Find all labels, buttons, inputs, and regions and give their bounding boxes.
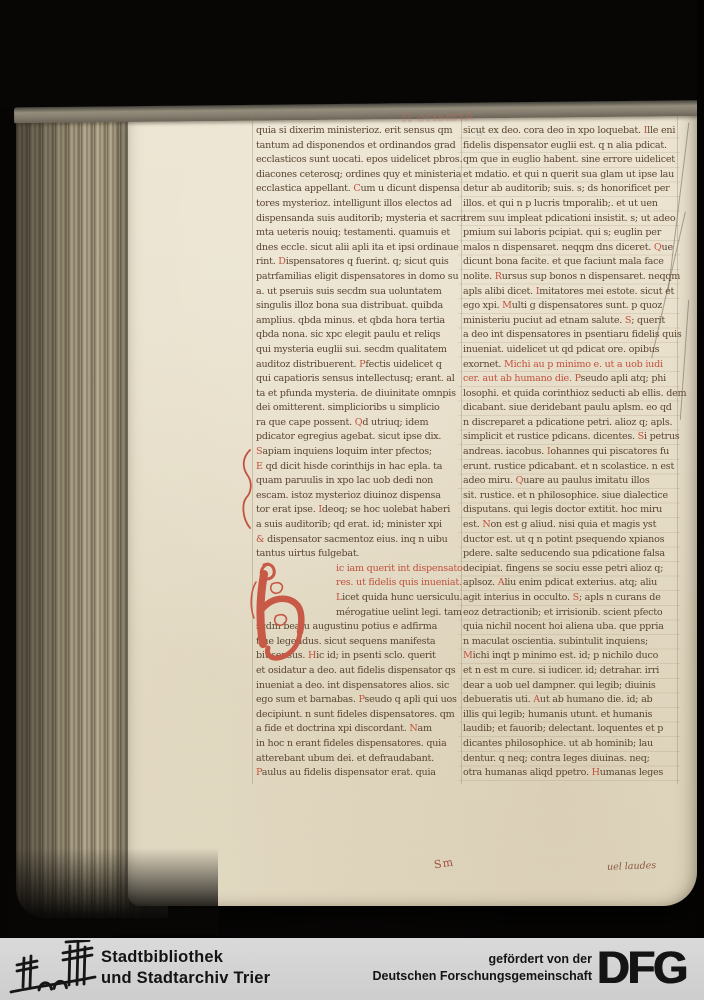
- manuscript-line: Paulus au fidelis dispensator erat. quia: [256, 766, 462, 781]
- manuscript-line: dicabant. siue deridebant paulu aplsm. e…: [463, 401, 675, 416]
- manuscript-line: quia si dixerim ministerioz. erit sensus…: [256, 124, 462, 139]
- manuscript-line: malos n dispensaret. neqqm dns diceret. …: [463, 241, 675, 256]
- manuscript-line: illos. et qui n p lucris tmporalib;. et …: [463, 197, 675, 212]
- funding-credit: gefördert von der Deutschen Forschungsge…: [373, 951, 593, 985]
- right-column: sicut ex deo. cora deo in xpo loquebat. …: [463, 124, 675, 781]
- rubricated-text: &: [256, 534, 264, 545]
- shadow-bottom-left: [8, 848, 218, 934]
- manuscript-line: amplius. qbda minus. et qbda hora tertia: [256, 314, 462, 329]
- manuscript-line: nolite. Rursus sup bonos n dispensaret. …: [463, 270, 675, 285]
- rubricated-text: R: [495, 271, 502, 282]
- rubricated-text: A: [533, 694, 540, 705]
- manuscript-line: andreas. iacobus. Iohannes qui piscatore…: [463, 445, 675, 460]
- manuscript-line: ductor est. ut q n potint psequendo xpia…: [463, 533, 675, 548]
- rubricated-text: S: [573, 592, 579, 603]
- rubricated-text: N: [409, 723, 417, 734]
- manuscript-line: et n est m cure. si iudicer. id; detraha…: [463, 664, 675, 679]
- manuscript-line: ministeriu puciut ad etnam salute. S; qu…: [463, 314, 675, 329]
- manuscript-line: quia nichil nocent hoi aliena uba. que p…: [463, 620, 675, 635]
- marginal-flourish: [238, 448, 256, 532]
- rubricated-text: cer. aut ab humano die.: [463, 373, 572, 384]
- manuscript-line: cer. aut ab humano die. Pseudo apli atq;…: [463, 372, 675, 387]
- rubricated-text: N: [482, 519, 490, 530]
- background-right-edge: [697, 0, 704, 938]
- manuscript-line: aplsoz. Aliu enim pdicat exterius. atq; …: [463, 576, 675, 591]
- manuscript-line: ra que cape possent. Qd utriuq; idem: [256, 416, 462, 431]
- manuscript-line: ta et pfunda mysteria. de diuinitate omn…: [256, 387, 462, 402]
- manuscript-line: mta ueteris nouiq; testamenti. quamuis e…: [256, 226, 462, 241]
- manuscript-line: dentur. q neq; contra leges diuinas. neq…: [463, 752, 675, 767]
- library-name: Stadtbibliothek und Stadtarchiv Trier: [101, 947, 270, 989]
- manuscript-line: agit interius in occulto. S; apls n cura…: [463, 591, 675, 606]
- manuscript-line: rint. Dispensatores q fuerint. q; sicut …: [256, 255, 462, 270]
- manuscript-line: pdere. salte seducendo sua pdicatione fa…: [463, 547, 675, 562]
- manuscript-line: decipiat. fingens se sociu esse petri al…: [463, 562, 675, 577]
- manuscript-line: otra humanas aliqd ppetro. Humanas leges: [463, 766, 675, 781]
- manuscript-line: tor erat ipse. Ideoq; se hoc uolebat hab…: [256, 503, 462, 518]
- manuscript-line: ecclastica appellant. Cum u dicunt dispe…: [256, 182, 462, 197]
- manuscript-line: ego sum et barnabas. Pseudo q apli qui u…: [256, 693, 462, 708]
- manuscript-line: qm que in euglio habent. sine errore uid…: [463, 153, 675, 168]
- rubricated-text: Q: [654, 242, 662, 253]
- rubricated-text: M: [463, 650, 473, 661]
- manuscript-line: illis qui legib; humanis utunt. et human…: [463, 708, 675, 723]
- rubricated-text: C: [353, 183, 360, 194]
- rubricated-text: P: [359, 359, 365, 370]
- manuscript-line: quam paruulis in xpo lac uob dedi non: [256, 474, 462, 489]
- manuscript-line: inueniat. uidelicet ut qd pdicat ore. op…: [463, 343, 675, 358]
- rubricated-text: Michi au p minimo e. ut a uob iudi: [504, 359, 663, 370]
- manuscript-line: & dispensator sacmentoz eius. inq n uibu: [256, 533, 462, 548]
- library-name-line1: Stadtbibliothek: [101, 947, 270, 968]
- library-name-line2: und Stadtarchiv Trier: [101, 968, 270, 989]
- manuscript-line: eoz detractionib; et irrisionib. scient …: [463, 606, 675, 621]
- rubricated-text: P: [358, 694, 364, 705]
- manuscript-line: auditoz distribuerent. Pfectis uidelicet…: [256, 358, 462, 373]
- manuscript-line: atterebant ubum dei. et defraudabant.: [256, 752, 462, 767]
- manuscript-line: Michi inqt p minimo est. id; p nichilo d…: [463, 649, 675, 664]
- manuscript-line: disputans. qui legis doctor extitit. hoc…: [463, 503, 675, 518]
- rubricated-text: I: [644, 125, 648, 136]
- manuscript-line: dispensanda suis auditorib; mysteria et …: [256, 212, 462, 227]
- manuscript-line: losophi. et quida corinthioz seducti ab …: [463, 387, 675, 402]
- manuscript-line: sit. rustice. et n philosophice. siue di…: [463, 489, 675, 504]
- manuscript-line: E qd dicit hisde corinthijs in hac epla.…: [256, 460, 462, 475]
- manuscript-line: dei omitterent. simplicioribs u simplici…: [256, 401, 462, 416]
- manuscript-line: dicantes philosophice. ut ab hominib; la…: [463, 737, 675, 752]
- manuscript-line: qbda nona. sic xpc elegit paulu et reliq…: [256, 328, 462, 343]
- manuscript-line: et mdatio. et qui n querit sua glam ut i…: [463, 168, 675, 183]
- manuscript-line: trem suu impleat pdicationi insistit. s;…: [463, 212, 675, 227]
- left-column: quia si dixerim ministerioz. erit sensus…: [256, 124, 462, 781]
- manuscript-line: erunt. rustice pdicabant. et n scolastic…: [463, 460, 675, 475]
- manuscript-line: ecclasticos sunt uocati. epos uidelicet …: [256, 153, 462, 168]
- manuscript-line: qui mysteria euglii sui. secdm qualitate…: [256, 343, 462, 358]
- manuscript-line: dicunt bona facite. et que faciunt mala …: [463, 255, 675, 270]
- rubricated-text: Q: [355, 417, 363, 428]
- manuscript-line: Sapiam inquiens loquim inter pfectos;: [256, 445, 462, 460]
- rubricated-text: S: [638, 431, 644, 442]
- rubricated-text: E: [256, 461, 263, 472]
- manuscript-line: pdicator egregius agebat. sicut ipse dix…: [256, 430, 462, 445]
- rubricated-text: S: [256, 446, 262, 457]
- stadtbibliothek-trier-logo: [8, 940, 98, 996]
- manuscript-line: pmium sui laboris pcipiat. qui s; euglin…: [463, 226, 675, 241]
- rubricated-text: D: [278, 256, 285, 267]
- rubricated-text: I: [536, 286, 540, 297]
- manuscript-line: apls alibi dicet. Imitatores mei estote.…: [463, 285, 675, 300]
- manuscript-line: tantum ad disponendos et ordinandos grad: [256, 139, 462, 154]
- manuscript-line: sicut ex deo. cora deo in xpo loquebat. …: [463, 124, 675, 139]
- manuscript-line: dnes eccle. sicut alii apli ita et ipsi …: [256, 241, 462, 256]
- manuscript-line: qui capatioris sensus intellectusq; eran…: [256, 372, 462, 387]
- manuscript-line: laudib; et fauorib; delectant. loquentes…: [463, 722, 675, 737]
- manuscript-line: simplicit et rustice pdicans. dicentes. …: [463, 430, 675, 445]
- manuscript-line: tores mysterioz. intelligunt illos elect…: [256, 197, 462, 212]
- manuscript-line: inueniat a deo. int dispensatores alios.…: [256, 679, 462, 694]
- manuscript-line: escam. istoz mysterioz diuinoz dispensa: [256, 489, 462, 504]
- digitization-footer: Stadtbibliothek und Stadtarchiv Trier ge…: [0, 938, 704, 1000]
- manuscript-line: n discreparet a pdicatione petri. alioz …: [463, 416, 675, 431]
- rubricated-text: Q: [516, 475, 524, 486]
- funding-line1: gefördert von der: [373, 951, 593, 968]
- manuscript-line: adeo miru. Quare au paulus imitatu illos: [463, 474, 675, 489]
- rubricated-text: M: [502, 300, 512, 311]
- manuscript-line: ego xpi. Multi g dispensatores sunt. p q…: [463, 299, 675, 314]
- rubricated-text: S: [625, 315, 631, 326]
- dfg-logo: DFG: [597, 944, 686, 992]
- manuscript-line: a. ut pseruis suis secdm sua uoluntatem: [256, 285, 462, 300]
- manuscript-photo: Armario II b quia si dixerim ministerioz…: [0, 0, 704, 1000]
- manuscript-line: a suis auditorib; qd erat. id; minister …: [256, 518, 462, 533]
- manuscript-line: fidelis dispensator euglii est. q n alia…: [463, 139, 675, 154]
- rubricated-text: L: [336, 592, 342, 603]
- rubricated-text: P: [256, 767, 262, 778]
- manuscript-line: singulis illoz bona sua distribuat. quib…: [256, 299, 462, 314]
- manuscript-line: a deo int dispensatores in psentiaru fid…: [463, 328, 675, 343]
- manuscript-line: dear a uob uel dampner. qui legib; diuin…: [463, 679, 675, 694]
- manuscript-line: detur ab auditorib; suis. s; ds honorifi…: [463, 182, 675, 197]
- background-top: [0, 0, 704, 108]
- manuscript-line: n maculat oscientia. subintulit inquiens…: [463, 635, 675, 650]
- manuscript-line: in hoc n erant fideles dispensatores. qu…: [256, 737, 462, 752]
- manuscript-line: est. Non est g aliud. nisi quia et magis…: [463, 518, 675, 533]
- rubricated-text: P: [575, 373, 581, 384]
- rubricated-text: H: [592, 767, 600, 778]
- manuscript-line: debueratis uti. Aut ab humano die. id; a…: [463, 693, 675, 708]
- catchword: uel laudes: [607, 860, 657, 873]
- decorated-initial-h: [246, 556, 330, 668]
- manuscript-line: patrfamilias eligit dispensatores in dom…: [256, 270, 462, 285]
- manuscript-line: exornet. Michi au p minimo e. ut a uob i…: [463, 358, 675, 373]
- rubricated-text: I: [318, 504, 322, 515]
- rubricated-text: I: [547, 446, 551, 457]
- manuscript-line: diacones ceterosq; ordines quy et minist…: [256, 168, 462, 183]
- rubricated-text: A: [498, 577, 505, 588]
- funding-line2: Deutschen Forschungsgemeinschaft: [373, 968, 593, 985]
- manuscript-line: a fide et doctrina xpi discordant. Nam: [256, 722, 462, 737]
- manuscript-line: decipiunt. n sunt fideles dispensatores.…: [256, 708, 462, 723]
